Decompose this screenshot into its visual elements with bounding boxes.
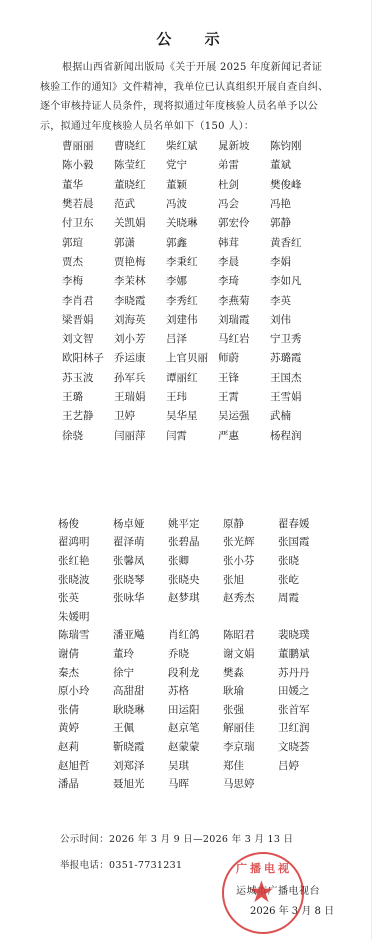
- name-entry: 田运阳: [168, 702, 223, 717]
- name-entry: 张首军: [278, 702, 333, 717]
- name-entry: 樊俊峰: [270, 177, 322, 192]
- name-entry: 李娟: [270, 254, 322, 269]
- name-entry: 高甜甜: [113, 683, 168, 698]
- name-entry: 晁新坡: [218, 138, 270, 153]
- name-entry: 欧阳林子: [62, 350, 114, 365]
- name-entry: 李京瑞: [223, 739, 278, 754]
- name-entry: 李茉林: [114, 273, 166, 288]
- name-entry: 刘伟: [270, 312, 322, 327]
- name-entry: 张馨凤: [113, 553, 168, 568]
- name-row: 陈小毅陈莹红党宁弟雷董斌: [62, 155, 342, 174]
- name-entry: 乔运康: [114, 350, 166, 365]
- name-entry: 董晓红: [114, 177, 166, 192]
- name-entry: 苏璐霞: [270, 350, 322, 365]
- name-entry: 谭丽红: [166, 370, 218, 385]
- official-seal: 广播电视 ★: [222, 852, 304, 934]
- name-row: 杨俊杨卓娅姚平定原静翟春媛: [58, 514, 338, 533]
- name-entry: 刘海英: [114, 312, 166, 327]
- name-entry: 潘晶: [58, 776, 113, 791]
- name-entry: 李秉红: [166, 254, 218, 269]
- name-entry: 樊淼: [223, 665, 278, 680]
- name-entry: 徐宁: [113, 665, 168, 680]
- name-row: 张红艳张馨凤张卿张小芬张晓: [58, 551, 338, 570]
- publicity-period-value: 2026 年 3 月 9 日—2026 年 3 月 13 日: [109, 834, 293, 845]
- name-row: 张晓波张晓琴张晓央张旭张屹: [58, 570, 338, 589]
- name-entry: 董玲: [113, 646, 168, 661]
- name-entry: 黄婷: [58, 720, 113, 735]
- name-entry: 张红艳: [58, 553, 113, 568]
- name-row: 曹丽丽曹晓红柴红斌晁新坡陈钧刚: [62, 136, 342, 155]
- name-entry: 吴琪: [168, 758, 223, 773]
- name-entry: 张碧晶: [168, 534, 223, 549]
- name-entry: 贾杰: [62, 254, 114, 269]
- name-row: 秦杰徐宁段利龙樊淼苏丹丹: [58, 663, 338, 682]
- name-entry: 郭瑄: [62, 235, 114, 250]
- name-entry: 关凯娟: [114, 215, 166, 230]
- name-row: 徐骁闫丽萍闫霄严惠杨程润: [62, 425, 342, 444]
- name-entry: 朱媛明: [58, 609, 113, 624]
- name-entry: 李娜: [166, 273, 218, 288]
- name-entry: 李秀红: [166, 293, 218, 308]
- name-entry: 刘郑泽: [113, 758, 168, 773]
- name-entry: 武楠: [270, 408, 322, 423]
- name-entry: 董颖: [166, 177, 218, 192]
- page-edge-divider: [371, 0, 372, 940]
- name-row: 刘文智刘小芳吕泽马红岩宁卫秀: [62, 329, 342, 348]
- publicity-period: 公示时间：2026 年 3 月 9 日—2026 年 3 月 13 日: [60, 831, 293, 845]
- seal-star-icon: ★: [248, 878, 275, 908]
- name-entry: 翟鸿明: [58, 534, 113, 549]
- name-entry: 姚平定: [168, 516, 223, 531]
- name-entry: 潘亚飚: [113, 627, 168, 642]
- name-entry: 杜剑: [218, 177, 270, 192]
- name-entry: 贾艳梅: [114, 254, 166, 269]
- name-entry: 赵京笔: [168, 720, 223, 735]
- name-entry: 梁晋娟: [62, 312, 114, 327]
- name-row: 李梅李茉林李娜李琦李如凡: [62, 271, 342, 290]
- name-entry: 苏格: [168, 683, 223, 698]
- name-entry: 王锋: [218, 370, 270, 385]
- name-entry: 张晓: [278, 553, 333, 568]
- name-entry: 李晨: [218, 254, 270, 269]
- name-row: 翟鸿明翟泽萌张碧晶张光辉张国霞: [58, 533, 338, 552]
- name-row: 欧阳林子乔运康上官贝丽师蔚苏璐霞: [62, 348, 342, 367]
- name-entry: 马晖: [168, 776, 223, 791]
- name-row: 赵旭哲刘郑泽吴琪郑佳吕婷: [58, 756, 338, 775]
- name-entry: 郭鑫: [166, 235, 218, 250]
- name-entry: 陈钧刚: [270, 138, 322, 153]
- name-entry: 曹丽丽: [62, 138, 114, 153]
- name-row: 樊若晨范武冯波冯会冯艳: [62, 194, 342, 213]
- name-row: 张倩耿晓琳田运阳张强张首军: [58, 700, 338, 719]
- name-row: 张英张咏华赵梦琪赵秀杰周霞: [58, 588, 338, 607]
- name-entry: 赵莉: [58, 739, 113, 754]
- document-title: 公 示: [0, 28, 376, 49]
- name-entry: 耿晓琳: [113, 702, 168, 717]
- name-entry: 刘小芳: [114, 331, 166, 346]
- name-entry: 关晓琳: [166, 215, 218, 230]
- report-phone-label: 举报电话：: [60, 860, 109, 871]
- name-entry: 闫霄: [166, 428, 218, 443]
- name-row: 王艺静卫婷吴华星吴运强武楠: [62, 406, 342, 425]
- report-phone-value: 0351-7731231: [109, 860, 182, 871]
- name-entry: 闫丽萍: [114, 428, 166, 443]
- name-entry: 张倩: [58, 702, 113, 717]
- name-row: 赵莉靳晓霞赵蒙蒙李京瑞文晓荟: [58, 737, 338, 756]
- name-entry: 弟雷: [218, 157, 270, 172]
- name-entry: 杨程润: [270, 428, 322, 443]
- name-entry: 刘文智: [62, 331, 114, 346]
- name-entry: 冯波: [166, 196, 218, 211]
- name-entry: 乔晓: [168, 646, 223, 661]
- name-entry: 李燕菊: [218, 293, 270, 308]
- name-entry: 马思婷: [223, 776, 278, 791]
- name-entry: 李琦: [218, 273, 270, 288]
- name-entry: 田媛之: [278, 683, 333, 698]
- name-entry: 张晓央: [168, 572, 223, 587]
- name-entry: 宁卫秀: [270, 331, 322, 346]
- intro-paragraph: 根据山西省新闻出版局《关于开展 2025 年度新闻记者证核验工作的通知》文件精神…: [40, 58, 330, 136]
- name-entry: 党宁: [166, 157, 218, 172]
- name-entry: 黄香红: [270, 235, 322, 250]
- name-entry: 杨俊: [58, 516, 113, 531]
- name-entry: 樊若晨: [62, 196, 114, 211]
- name-entry: 曹晓红: [114, 138, 166, 153]
- name-row: 郭瑄郭潇郭鑫韩茸黄香红: [62, 232, 342, 251]
- name-entry: 原静: [223, 516, 278, 531]
- name-row: 王璐王瑞娟王玮王霄王雪娟: [62, 387, 342, 406]
- name-entry: 刘建伟: [166, 312, 218, 327]
- name-entry: 靳晓霞: [113, 739, 168, 754]
- name-entry: 赵梦琪: [168, 590, 223, 605]
- name-row: 贾杰贾艳梅李秉红李晨李娟: [62, 252, 342, 271]
- name-entry: 聂旭光: [113, 776, 168, 791]
- name-entry: 孙军兵: [114, 370, 166, 385]
- name-entry: 翟春媛: [278, 516, 333, 531]
- name-entry: 张旭: [223, 572, 278, 587]
- name-entry: 付卫东: [62, 215, 114, 230]
- name-entry: 董斌: [270, 157, 322, 172]
- name-row: 朱媛明: [58, 607, 338, 626]
- name-entry: 郭潇: [114, 235, 166, 250]
- name-row: 付卫东关凯娟关晓琳郭宏伶郭静: [62, 213, 342, 232]
- name-entry: 杨卓娅: [113, 516, 168, 531]
- name-entry: 周霞: [278, 590, 333, 605]
- name-entry: 文晓荟: [278, 739, 333, 754]
- name-entry: 王国杰: [270, 370, 322, 385]
- name-entry: 解丽佳: [223, 720, 278, 735]
- name-entry: 秦杰: [58, 665, 113, 680]
- name-entry: 李如凡: [270, 273, 322, 288]
- name-entry: 郭静: [270, 215, 322, 230]
- name-entry: 柴红斌: [166, 138, 218, 153]
- name-row: 陈瑞雪潘亚飚肖红鸽陈昭君裴晓璞: [58, 626, 338, 645]
- name-row: 李肖君李晓霞李秀红李燕菊李英: [62, 290, 342, 309]
- name-entry: 原小玲: [58, 683, 113, 698]
- name-entry: 翟泽萌: [113, 534, 168, 549]
- name-entry: 王佩: [113, 720, 168, 735]
- name-entry: 张英: [58, 590, 113, 605]
- name-entry: 张小芬: [223, 553, 278, 568]
- name-entry: 刘瑞霞: [218, 312, 270, 327]
- name-entry: 张晓琴: [113, 572, 168, 587]
- name-entry: 陈昭君: [223, 627, 278, 642]
- name-row: 黄婷王佩赵京笔解丽佳卫红润: [58, 719, 338, 738]
- name-row: 董华董晓红董颖杜剑樊俊峰: [62, 175, 342, 194]
- name-entry: 张屹: [278, 572, 333, 587]
- name-row: 梁晋娟刘海英刘建伟刘瑞霞刘伟: [62, 310, 342, 329]
- name-entry: 赵旭哲: [58, 758, 113, 773]
- name-entry: 董华: [62, 177, 114, 192]
- name-entry: 张咏华: [113, 590, 168, 605]
- name-entry: 王艺静: [62, 408, 114, 423]
- name-row: 谢倩董玲乔晓谢文娟董鹏斌: [58, 644, 338, 663]
- name-entry: 苏丹丹: [278, 665, 333, 680]
- name-entry: 吕泽: [166, 331, 218, 346]
- name-row: 苏玉波孙军兵谭丽红王锋王国杰: [62, 368, 342, 387]
- name-entry: 张晓波: [58, 572, 113, 587]
- name-entry: 陈莹红: [114, 157, 166, 172]
- name-list-block-1: 曹丽丽曹晓红柴红斌晁新坡陈钧刚陈小毅陈莹红党宁弟雷董斌董华董晓红董颖杜剑樊俊峰樊…: [62, 136, 342, 445]
- name-row: 潘晶聂旭光马晖马思婷: [58, 774, 338, 793]
- name-entry: 严惠: [218, 428, 270, 443]
- name-entry: 上官贝丽: [166, 350, 218, 365]
- name-entry: 张国霞: [278, 534, 333, 549]
- name-entry: 李晓霞: [114, 293, 166, 308]
- name-entry: 郑佳: [223, 758, 278, 773]
- seal-text: 广播电视: [236, 860, 292, 876]
- name-entry: 王雪娟: [270, 389, 322, 404]
- name-entry: 段利龙: [168, 665, 223, 680]
- name-entry: 吴华星: [166, 408, 218, 423]
- name-entry: 冯会: [218, 196, 270, 211]
- name-entry: 苏玉波: [62, 370, 114, 385]
- name-list-block-2: 杨俊杨卓娅姚平定原静翟春媛翟鸿明翟泽萌张碧晶张光辉张国霞张红艳张馨凤张卿张小芬张…: [58, 514, 338, 793]
- name-entry: 李英: [270, 293, 322, 308]
- name-row: 原小玲高甜甜苏格耿瑜田媛之: [58, 681, 338, 700]
- report-phone: 举报电话：0351-7731231: [60, 857, 182, 871]
- name-entry: 王霄: [218, 389, 270, 404]
- name-entry: 吕婷: [278, 758, 333, 773]
- name-entry: 赵秀杰: [223, 590, 278, 605]
- name-entry: 卫婷: [114, 408, 166, 423]
- name-entry: 王璐: [62, 389, 114, 404]
- name-entry: 张强: [223, 702, 278, 717]
- name-entry: 耿瑜: [223, 683, 278, 698]
- name-entry: 赵蒙蒙: [168, 739, 223, 754]
- name-entry: 师蔚: [218, 350, 270, 365]
- name-entry: 吴运强: [218, 408, 270, 423]
- name-entry: 张卿: [168, 553, 223, 568]
- publicity-period-label: 公示时间：: [60, 834, 109, 845]
- name-entry: 李肖君: [62, 293, 114, 308]
- name-entry: 裴晓璞: [278, 627, 333, 642]
- name-entry: 冯艳: [270, 196, 322, 211]
- name-entry: 张光辉: [223, 534, 278, 549]
- name-entry: 肖红鸽: [168, 627, 223, 642]
- name-entry: 郭宏伶: [218, 215, 270, 230]
- name-entry: 范武: [114, 196, 166, 211]
- name-entry: 谢文娟: [223, 646, 278, 661]
- name-entry: 董鹏斌: [278, 646, 333, 661]
- name-entry: 王玮: [166, 389, 218, 404]
- name-entry: 卫红润: [278, 720, 333, 735]
- name-entry: 陈小毅: [62, 157, 114, 172]
- name-entry: 徐骁: [62, 428, 114, 443]
- name-entry: 韩茸: [218, 235, 270, 250]
- name-entry: 谢倩: [58, 646, 113, 661]
- name-entry: 王瑞娟: [114, 389, 166, 404]
- name-entry: 马红岩: [218, 331, 270, 346]
- name-entry: 李梅: [62, 273, 114, 288]
- name-entry: 陈瑞雪: [58, 627, 113, 642]
